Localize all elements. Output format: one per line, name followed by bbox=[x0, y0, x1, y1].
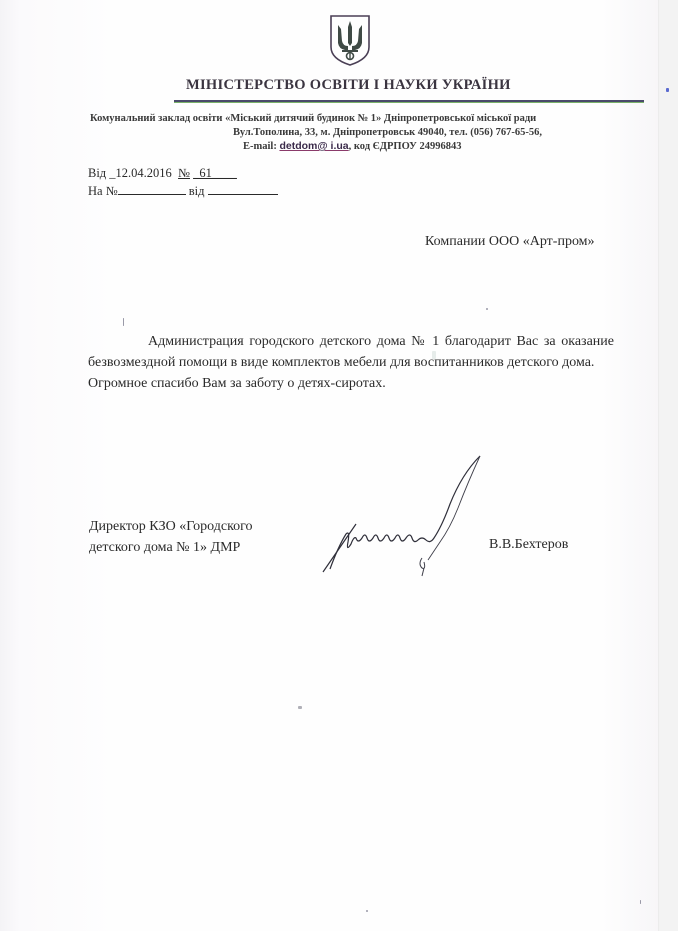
incoming-reference: На № від bbox=[88, 182, 278, 199]
to-date-label: від bbox=[189, 184, 205, 198]
body-paragraph-1: Администрация городского детского дома №… bbox=[88, 331, 614, 373]
letter-date: _12.04.2016 bbox=[109, 166, 172, 180]
number-label: № bbox=[178, 166, 190, 180]
scan-edge bbox=[658, 0, 678, 931]
scan-artifact bbox=[366, 910, 368, 912]
handwritten-signature-icon bbox=[318, 452, 488, 577]
email-link[interactable]: detdom@ i.ua bbox=[279, 140, 348, 152]
organization-address: Вул.Тополина, 33, м. Дніпропетровськ 490… bbox=[233, 127, 542, 138]
to-number-blank bbox=[118, 182, 186, 195]
signatory-name: В.В.Бехтеров bbox=[489, 537, 568, 553]
scan-artifact bbox=[666, 88, 669, 92]
email-label: E-mail: bbox=[243, 141, 279, 152]
outgoing-reference: Від _12.04.2016 № _61____ bbox=[88, 166, 237, 181]
body-paragraph-2: Огромное спасибо Вам за заботу о детях-с… bbox=[88, 373, 614, 394]
edrpou-code: , код ЄДРПОУ 24996843 bbox=[349, 141, 462, 152]
organization-contacts: E-mail: detdom@ i.ua, код ЄДРПОУ 2499684… bbox=[243, 140, 462, 152]
addressee: Компании ООО «Арт-пром» bbox=[425, 234, 595, 250]
letter-number: _61____ bbox=[193, 166, 237, 180]
header-divider bbox=[174, 100, 644, 103]
signatory-title: Директор КЗО «Городского детского дома №… bbox=[89, 516, 253, 558]
signatory-title-line-2: детского дома № 1» ДМР bbox=[89, 537, 253, 558]
scan-artifact bbox=[486, 308, 488, 310]
organization-name: Комунальний заклад освіти «Міський дитяч… bbox=[90, 113, 536, 124]
from-label: Від bbox=[88, 166, 109, 180]
scan-artifact bbox=[298, 706, 302, 709]
scan-artifact bbox=[640, 900, 641, 904]
letter-body: Администрация городского детского дома №… bbox=[88, 331, 614, 394]
scan-artifact bbox=[432, 351, 436, 359]
ministry-title: МІНІСТЕРСТВО ОСВІТИ І НАУКИ УКРАЇНИ bbox=[186, 77, 511, 94]
trident-coat-of-arms-icon bbox=[327, 13, 373, 67]
to-number-label: На № bbox=[88, 184, 118, 198]
signatory-title-line-1: Директор КЗО «Городского bbox=[89, 516, 253, 537]
to-date-blank bbox=[208, 182, 278, 195]
scan-artifact bbox=[123, 318, 124, 326]
